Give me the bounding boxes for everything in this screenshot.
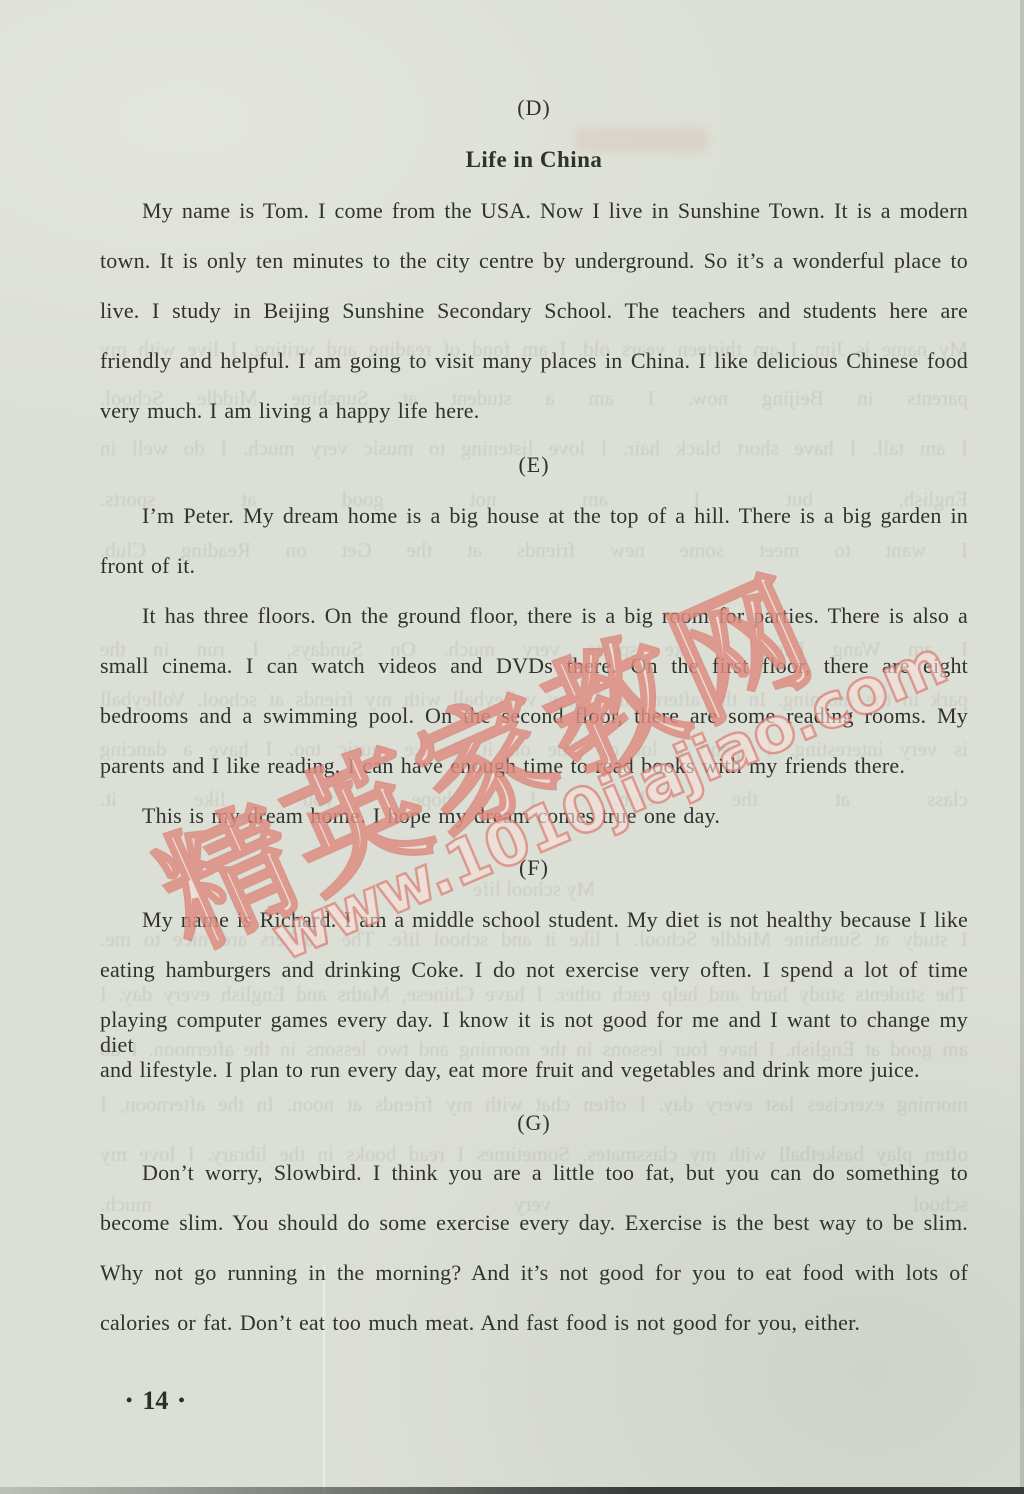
paragraph: My name is Tom. I come from the USA. Now… (100, 198, 968, 448)
text-line: My name is Richard. I am a middle school… (100, 907, 968, 957)
text-line: calories or fat. Don’t eat too much meat… (100, 1310, 968, 1360)
section-label: (D) (100, 95, 968, 146)
text-line: bedrooms and a swimming pool. On the sec… (100, 703, 968, 753)
passages: (D)Life in ChinaMy name is Tom. I come f… (100, 95, 968, 1360)
scan-bottom-edge (0, 1487, 1024, 1494)
text-line: It has three floors. On the ground floor… (100, 603, 968, 653)
text-line: and lifestyle. I plan to run every day, … (100, 1057, 968, 1107)
section-E: (E)I’m Peter. My dream home is a big hou… (100, 452, 968, 853)
text-line: town. It is only ten minutes to the city… (100, 248, 968, 298)
footer-left-dot: • (126, 1390, 132, 1410)
section-D: (D)Life in ChinaMy name is Tom. I come f… (100, 95, 968, 448)
text-line: Why not go running in the morning? And i… (100, 1260, 968, 1310)
text-line: become slim. You should do some exercise… (100, 1210, 968, 1260)
text-line: live. I study in Beijing Sunshine Second… (100, 298, 968, 348)
section-F: (F)My name is Richard. I am a middle sch… (100, 855, 968, 1107)
section-label: (F) (100, 855, 968, 907)
paragraph: This is my dream home. I hope my dream c… (100, 803, 968, 853)
text-line: eating hamburgers and drinking Coke. I d… (100, 957, 968, 1007)
text-line: small cinema. I can watch videos and DVD… (100, 653, 968, 703)
section-label: (G) (100, 1110, 968, 1160)
paragraph: My name is Richard. I am a middle school… (100, 907, 968, 1107)
text-line: playing computer games every day. I know… (100, 1007, 968, 1057)
footer-number: 14 (142, 1386, 168, 1415)
text-line: very much. I am living a happy life here… (100, 398, 968, 448)
page-number: •14• (126, 1386, 185, 1416)
paragraph: Don’t worry, Slowbird. I think you are a… (100, 1160, 968, 1360)
footer-right-dot: • (178, 1390, 184, 1410)
paragraph: I’m Peter. My dream home is a big house … (100, 503, 968, 603)
passage-title: Life in China (100, 146, 968, 198)
section-label: (E) (100, 452, 968, 503)
section-G: (G)Don’t worry, Slowbird. I think you ar… (100, 1110, 968, 1360)
text-line: front of it. (100, 553, 968, 603)
text-line: parents and I like reading. I can have e… (100, 753, 968, 803)
text-line: friendly and helpful. I am going to visi… (100, 348, 968, 398)
text-line: My name is Tom. I come from the USA. Now… (100, 198, 968, 248)
text-line: This is my dream home. I hope my dream c… (100, 803, 968, 853)
scan-right-edge (1020, 0, 1024, 1494)
scanned-textbook-page: { "page": { "number": "14", "bullet": "•… (0, 0, 1024, 1494)
text-line: I’m Peter. My dream home is a big house … (100, 503, 968, 553)
paragraph: It has three floors. On the ground floor… (100, 603, 968, 803)
text-line: Don’t worry, Slowbird. I think you are a… (100, 1160, 968, 1210)
